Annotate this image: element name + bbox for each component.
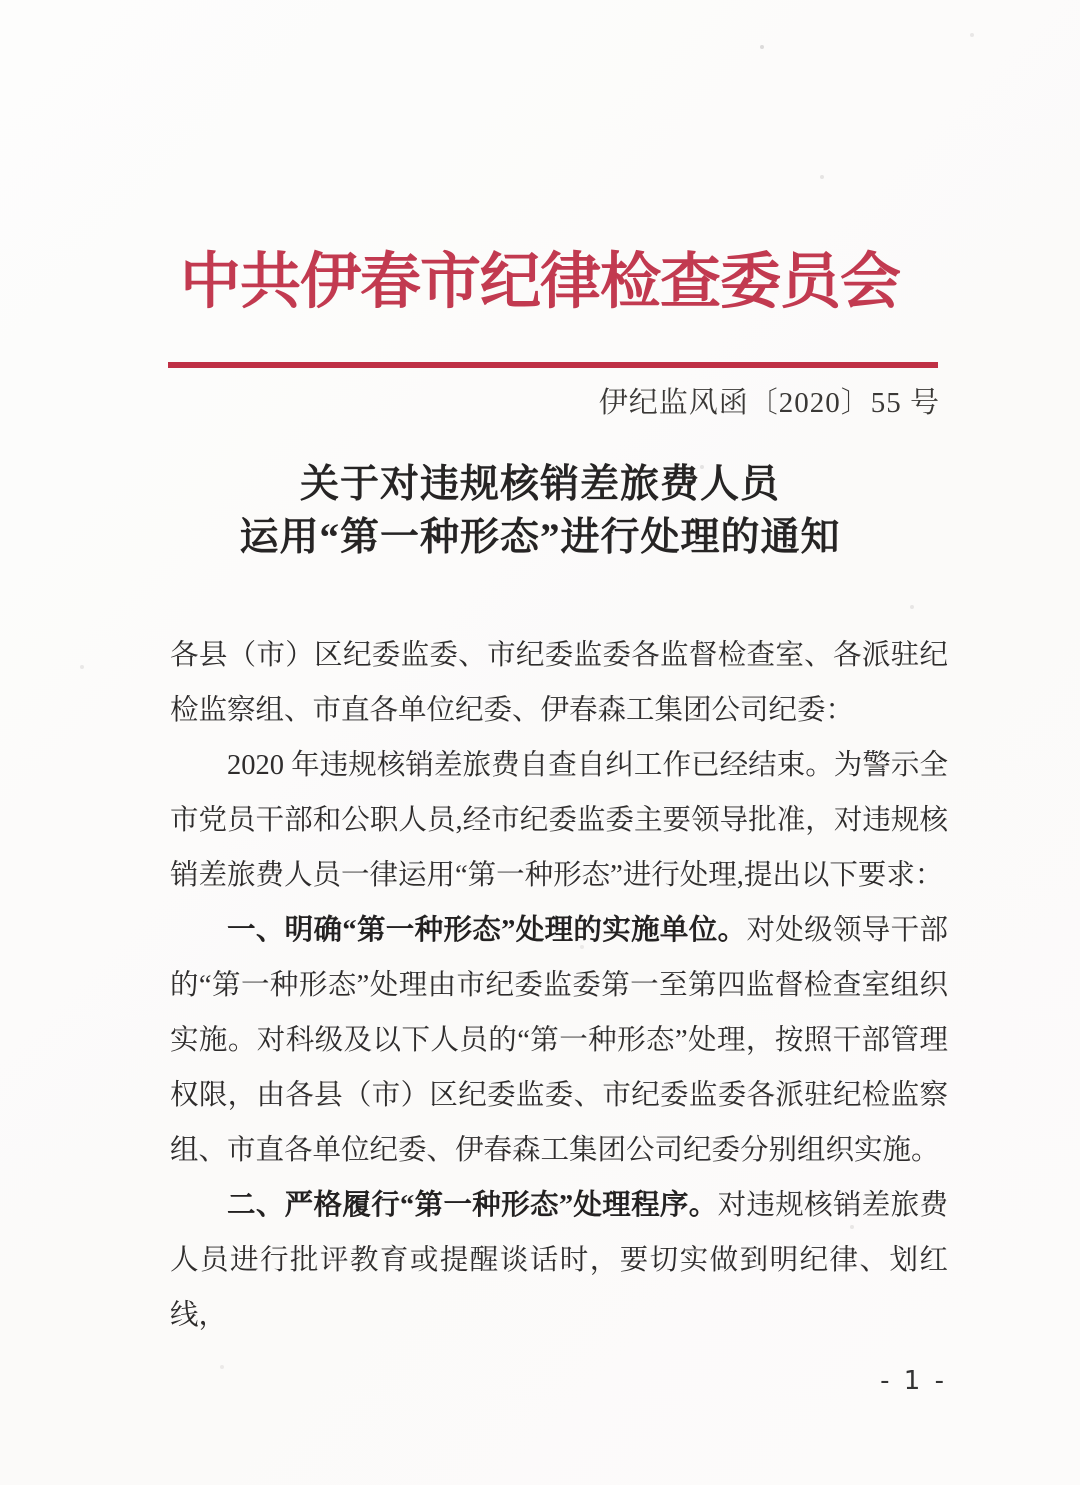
document-reference-number: 伊纪监风函〔2020〕55 号: [599, 380, 940, 421]
section-1-heading: 一、明确“第一种形态”处理的实施单位。: [227, 915, 746, 946]
scan-speck-texture: [760, 45, 764, 49]
red-divider-rule: [168, 362, 938, 368]
document-body: 各县（市）区纪委监委、市纪委监委各监督检查室、各派驻纪检监察组、市直各单位纪委、…: [170, 628, 948, 1343]
paragraph-intro-text: 2020 年违规核销差旅费自查自纠工作已经结束。为警示全市党员干部和公职人员,经…: [170, 750, 948, 891]
document-title-line1: 关于对违规核销差旅费人员: [0, 458, 1080, 511]
document-title-line2: 运用“第一种形态”进行处理的通知: [0, 511, 1080, 564]
section-1-text: 对处级领导干部的“第一种形态”处理由市纪委监委第一至第四监督检查室组织实施。对科…: [170, 915, 948, 1166]
issuing-org-title: 中共伊春市纪律检查委员会: [0, 233, 1080, 320]
section-2-heading: 二、严格履行“第一种形态”处理程序。: [227, 1190, 718, 1221]
paragraph-intro: 2020 年违规核销差旅费自查自纠工作已经结束。为警示全市党员干部和公职人员,经…: [170, 738, 948, 903]
page-number: - 1 -: [880, 1366, 947, 1396]
recipients-line: 各县（市）区纪委监委、市纪委监委各监督检查室、各派驻纪检监察组、市直各单位纪委、…: [170, 628, 948, 738]
paragraph-section-2: 二、严格履行“第一种形态”处理程序。对违规核销差旅费人员进行批评教育或提醒谈话时…: [170, 1178, 948, 1343]
document-title: 关于对违规核销差旅费人员 运用“第一种形态”进行处理的通知: [0, 458, 1080, 564]
scanned-document-page: 中共伊春市纪律检查委员会 伊纪监风函〔2020〕55 号 关于对违规核销差旅费人…: [0, 0, 1080, 1485]
paragraph-section-1: 一、明确“第一种形态”处理的实施单位。对处级领导干部的“第一种形态”处理由市纪委…: [170, 903, 948, 1178]
